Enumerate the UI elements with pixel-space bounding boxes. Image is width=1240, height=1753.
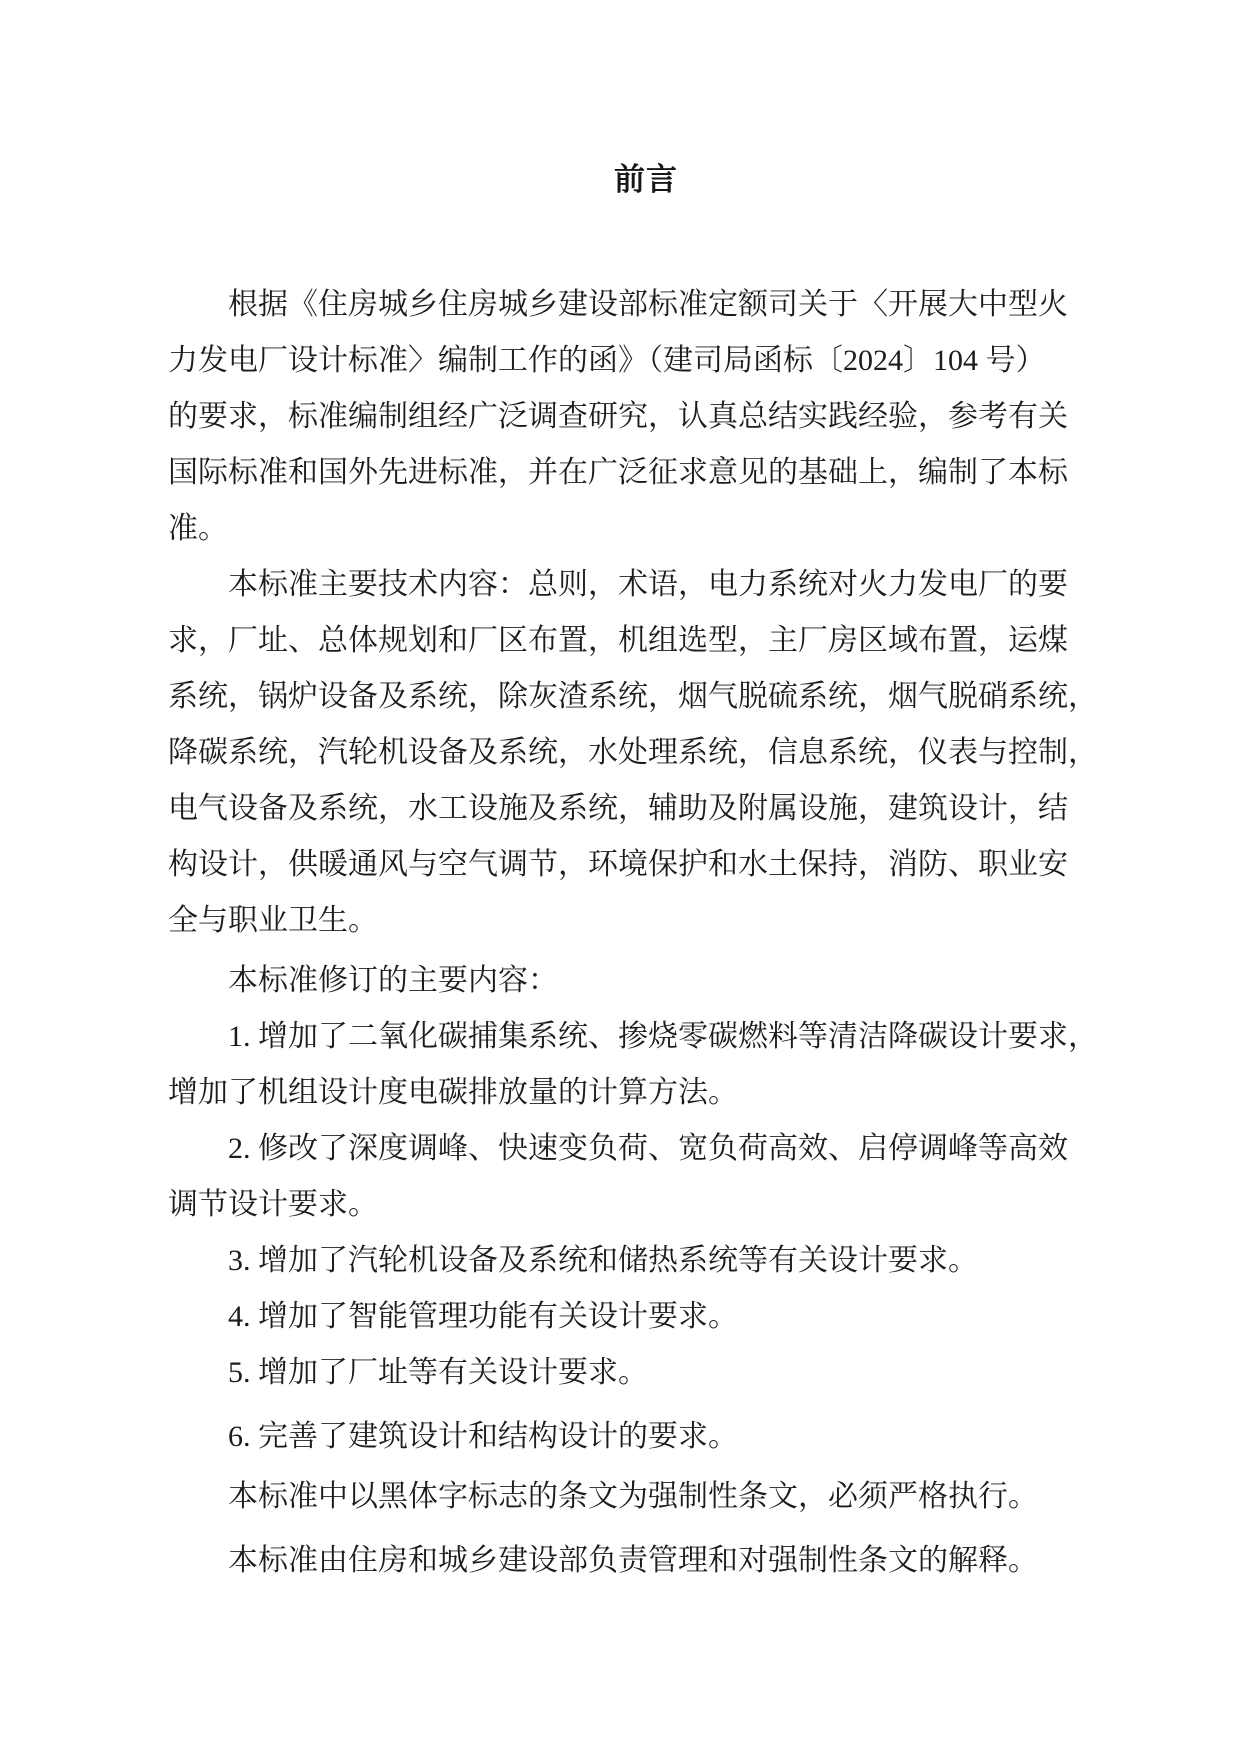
text-line: 的要求，标准编制组经广泛调查研究，认真总结实践经验，参考有关 bbox=[168, 389, 1078, 445]
text-line: 系统，锅炉设备及系统，除灰渣系统，烟气脱硫系统，烟气脱硝系统， bbox=[168, 669, 1078, 725]
text-line: 本标准修订的主要内容： bbox=[168, 953, 1078, 1009]
text-line: 增加了机组设计度电碳排放量的计算方法。 bbox=[168, 1065, 1078, 1121]
document-title: 前言 bbox=[26, 163, 1240, 197]
text-line: 构设计，供暖通风与空气调节，环境保护和水土保持，消防、职业安 bbox=[168, 837, 1078, 893]
text-line: 本标准主要技术内容：总则，术语，电力系统对火力发电厂的要 bbox=[168, 557, 1078, 613]
paragraph-revision-item-5: 5. 增加了厂址等有关设计要求。 bbox=[168, 1345, 1078, 1401]
text-line: 降碳系统，汽轮机设备及系统，水处理系统，信息系统，仪表与控制， bbox=[168, 725, 1078, 781]
text-line: 准。 bbox=[168, 501, 1078, 557]
text-line: 4. 增加了智能管理功能有关设计要求。 bbox=[168, 1289, 1078, 1345]
paragraph-revision-item-3: 3. 增加了汽轮机设备及系统和储热系统等有关设计要求。 bbox=[168, 1233, 1078, 1289]
paragraph-revision-item-4: 4. 增加了智能管理功能有关设计要求。 bbox=[168, 1289, 1078, 1345]
text-line: 力发电厂设计标准〉编制工作的函》（建司局函标〔2024〕104 号） bbox=[168, 333, 1078, 389]
paragraph-mandatory-provisions: 本标准中以黑体字标志的条文为强制性条文，必须严格执行。 bbox=[168, 1469, 1078, 1525]
text-line: 本标准由住房和城乡建设部负责管理和对强制性条文的解释。 bbox=[168, 1533, 1078, 1589]
text-line: 全与职业卫生。 bbox=[168, 893, 1078, 949]
text-line: 本标准中以黑体字标志的条文为强制性条文，必须严格执行。 bbox=[168, 1469, 1078, 1525]
paragraph-revision-item-2: 2. 修改了深度调峰、快速变负荷、宽负荷高效、启停调峰等高效 调节设计要求。 bbox=[168, 1121, 1078, 1233]
text-line: 6. 完善了建筑设计和结构设计的要求。 bbox=[168, 1409, 1078, 1465]
document-page: 前言 根据《住房城乡住房城乡建设部标准定额司关于〈开展大中型火 力发电厂设计标准… bbox=[0, 0, 1240, 1753]
paragraph-revision-intro: 本标准修订的主要内容： bbox=[168, 953, 1078, 1009]
text-line: 3. 增加了汽轮机设备及系统和储热系统等有关设计要求。 bbox=[168, 1233, 1078, 1289]
paragraph-revision-item-1: 1. 增加了二氧化碳捕集系统、掺烧零碳燃料等清洁降碳设计要求， 增加了机组设计度… bbox=[168, 1009, 1078, 1121]
text-line: 电气设备及系统，水工设施及系统，辅助及附属设施，建筑设计，结 bbox=[168, 781, 1078, 837]
text-line: 1. 增加了二氧化碳捕集系统、掺烧零碳燃料等清洁降碳设计要求， bbox=[168, 1009, 1078, 1065]
paragraph-basis: 根据《住房城乡住房城乡建设部标准定额司关于〈开展大中型火 力发电厂设计标准〉编制… bbox=[168, 277, 1078, 557]
text-line: 2. 修改了深度调峰、快速变负荷、宽负荷高效、启停调峰等高效 bbox=[168, 1121, 1078, 1177]
paragraph-technical-content: 本标准主要技术内容：总则，术语，电力系统对火力发电厂的要 求，厂址、总体规划和厂… bbox=[168, 557, 1078, 949]
paragraph-revision-item-6: 6. 完善了建筑设计和结构设计的要求。 bbox=[168, 1409, 1078, 1465]
text-line: 根据《住房城乡住房城乡建设部标准定额司关于〈开展大中型火 bbox=[168, 277, 1078, 333]
paragraph-administration: 本标准由住房和城乡建设部负责管理和对强制性条文的解释。 bbox=[168, 1533, 1078, 1589]
text-line: 5. 增加了厂址等有关设计要求。 bbox=[168, 1345, 1078, 1401]
text-line: 调节设计要求。 bbox=[168, 1177, 1078, 1233]
document-body: 根据《住房城乡住房城乡建设部标准定额司关于〈开展大中型火 力发电厂设计标准〉编制… bbox=[168, 277, 1078, 1589]
text-line: 国际标准和国外先进标准，并在广泛征求意见的基础上，编制了本标 bbox=[168, 445, 1078, 501]
text-line: 求，厂址、总体规划和厂区布置，机组选型，主厂房区域布置，运煤 bbox=[168, 613, 1078, 669]
